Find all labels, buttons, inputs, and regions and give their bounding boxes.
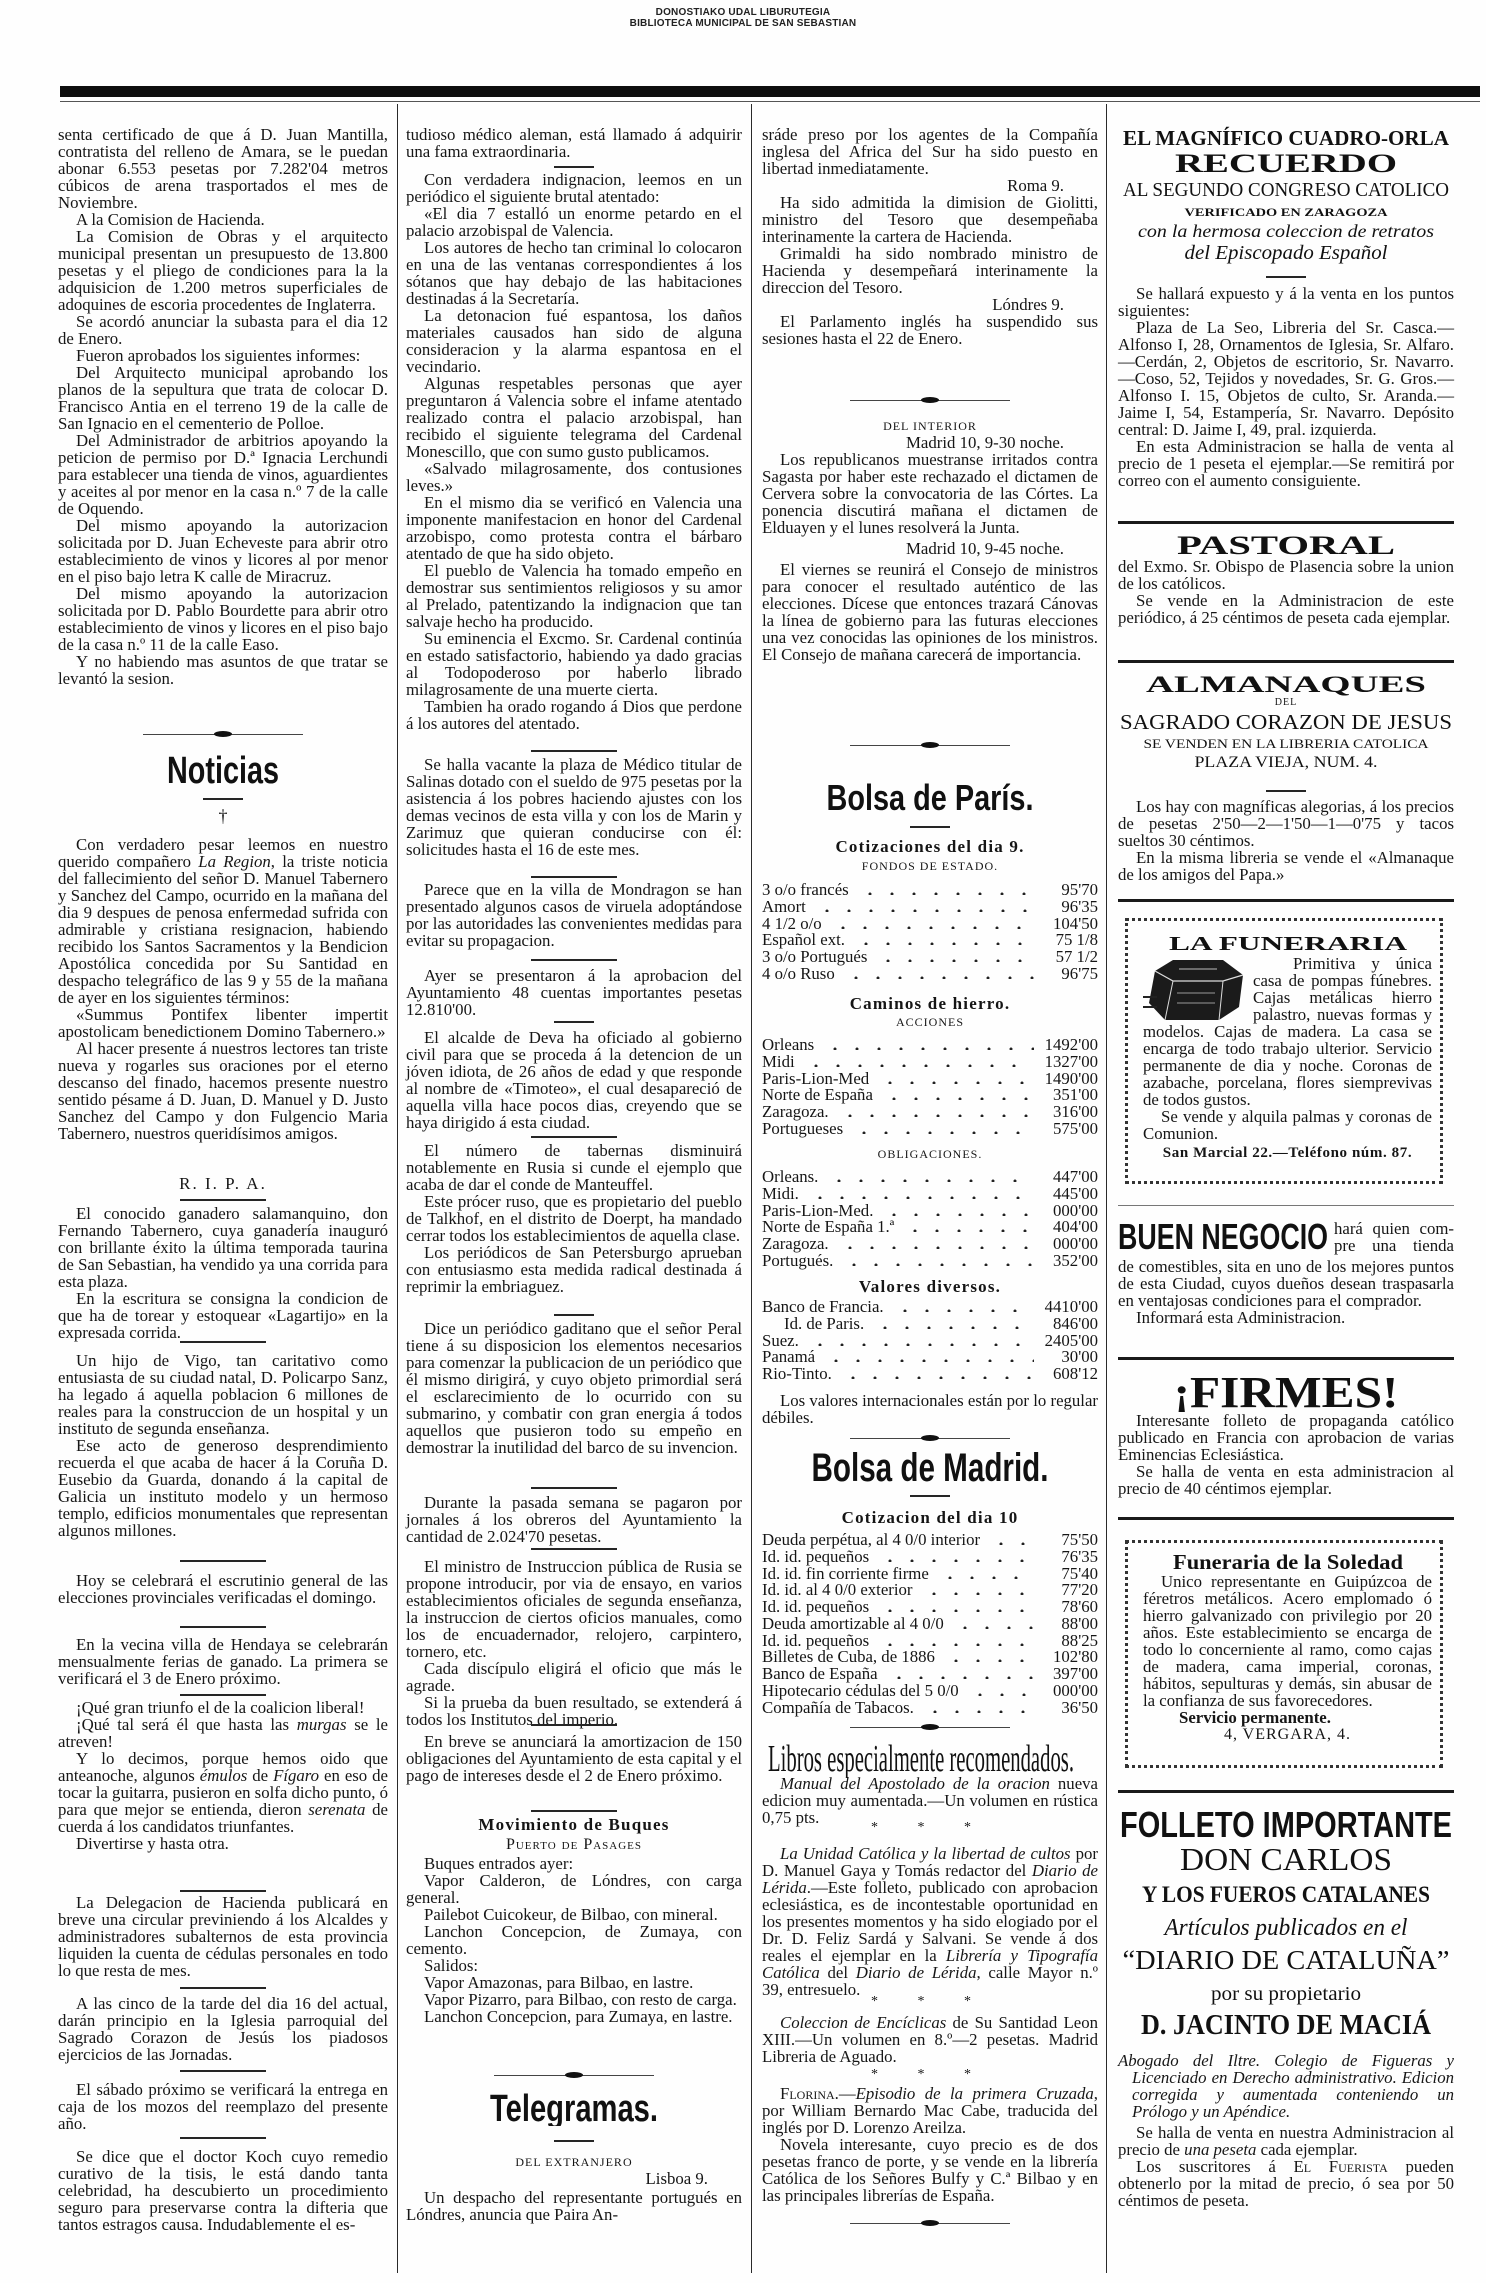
fondos-label: FONDOS DE ESTADO. (762, 858, 1098, 874)
ad-headline-svg: EL MAGNÍFICO CUADRO-ORLA (1118, 124, 1454, 150)
security-name: Hipotecario cédulas del 5 0/0 (762, 1682, 959, 1699)
ad-headline: BUEN NEGOCIO (1118, 1218, 1328, 1252)
dateline: Lóndres 9. (762, 296, 1098, 313)
security-name: Norte de España (762, 1086, 873, 1103)
ad-paragraph: Los suscritores á El Fuerista pueden obt… (1118, 2158, 1454, 2209)
news-paragraph: Con verdadera indignacion, leemos en un … (406, 171, 742, 205)
news-paragraph: La detonacion fué espantosa, los daños m… (406, 307, 742, 375)
security-price: 351'00 (1040, 1086, 1098, 1103)
dot-leader (875, 1636, 1034, 1646)
quote-row: Portugueses575'00 (762, 1120, 1098, 1137)
peral-article: Dice un periódico gaditano que el señor … (406, 1320, 742, 1456)
paris-market-note: Los valores internacionales están por lo… (762, 1392, 1098, 1426)
masthead-rule (60, 101, 1480, 102)
cuadro-orla-ad: EL MAGNÍFICO CUADRO-ORLA RECUERDO AL SEG… (1118, 124, 1454, 264)
news-paragraph: Se halla vacante la plaza de Médico titu… (406, 756, 742, 858)
security-price: 96'35 (1040, 898, 1098, 915)
short-rule (58, 2137, 388, 2139)
security-name: Suez. (762, 1332, 799, 1349)
dateline-text: Lisboa 9. (406, 2170, 742, 2187)
short-rule (762, 1495, 1098, 1497)
book-entry: Florina.—Episodio de la primera Cruzada,… (762, 2085, 1098, 2136)
bolsa-madrid-heading: Bolsa de Madrid. (762, 1448, 1098, 1491)
short-rule (58, 1341, 388, 1343)
dot-leader (849, 1124, 1034, 1134)
ad-line: SAGRADO CORAZON DE JESUS (1120, 710, 1452, 734)
ad-line: PLAZA VIEJA, NUM. 4. (1195, 754, 1378, 770)
council-session-article: senta certificado de que á D. Juan Manti… (58, 126, 388, 687)
column-divider (751, 104, 752, 2273)
ornament-divider (762, 2223, 1098, 2224)
ad-side-text: hará quien com- (1334, 1220, 1454, 1237)
newspaper-name: Diario de Lérida (856, 1963, 977, 1982)
security-name: Compañía de Tabacos. (762, 1699, 914, 1716)
funeraria-address: San Marcial 22.—Teléfono núm. 87. (1143, 1142, 1432, 1164)
security-name: Paris-Lion-Med. (762, 1202, 873, 1219)
security-name: Id. id. pequeños (762, 1632, 869, 1649)
asterism-divider: * * * (762, 2070, 1098, 2080)
quotes-subheading: Cotizacion del dia 10 (762, 1508, 1098, 1527)
quote-row: Zaragoza.316'00 (762, 1103, 1098, 1120)
dot-leader (873, 952, 1034, 962)
libros-heading-svg: Libros especialmente recomendados. (762, 1738, 1098, 1778)
news-paragraph: Del Arquitecto municipal aprobando los p… (58, 364, 388, 432)
valores-subheading: Valores diversos. (762, 1277, 1098, 1296)
news-paragraph: Su eminencia el Excmo. Sr. Cardenal cont… (406, 630, 742, 698)
ship-entry: Vapor Pizarro, para Bilbao, con resto de… (406, 1991, 742, 2008)
security-name: Rio-Tinto. (762, 1365, 832, 1382)
security-price: 447'00 (1040, 1168, 1098, 1185)
quote-row: Id. id. pequeños78'60 (762, 1598, 1098, 1615)
short-rule (406, 959, 742, 961)
ad-paragraph: Servicio permanente. (1143, 1709, 1432, 1726)
ad-headline-svg: PASTORAL (1118, 532, 1454, 558)
ornament-divider (406, 2075, 742, 2076)
quote-row: Paris-Lion-Med.000'00 (762, 1202, 1098, 1219)
ad-paragraph: Los hay con magníficas alegorias, á los … (1118, 798, 1454, 849)
dot-leader (965, 1686, 1034, 1696)
ad-paragraph: En la misma libreria se vende el «Almana… (1118, 849, 1454, 883)
security-name: Norte de España 1.ª (762, 1218, 894, 1235)
telegramas-heading: Telegramas. (406, 2090, 742, 2131)
security-name: Zaragoza. (762, 1103, 829, 1120)
security-price: 1492'00 (1040, 1036, 1098, 1053)
bolsa-madrid-title: Bolsa de Madrid. (812, 1448, 1049, 1486)
security-price: 000'00 (1040, 1682, 1098, 1699)
short-rule (58, 1987, 388, 1989)
security-name: Id. de Paris. (762, 1315, 864, 1332)
tabernas-article: El número de tabernas disminuirá notable… (406, 1142, 742, 1295)
cuentas-article: Ayer se presentaron á la aprobacion del … (406, 967, 742, 1018)
ad-line-svg: D. JACINTO DE MACIÁ (1118, 2006, 1454, 2040)
news-paragraph: Tambien ha orado rogando á Dios que perd… (406, 698, 742, 732)
koch-article: Se dice que el doctor Koch cuyo remedio … (58, 2148, 388, 2233)
news-paragraph: En el mismo dia se verificó en Valencia … (406, 494, 742, 562)
short-rule (406, 1021, 742, 1023)
news-paragraph: Los valores internacionales están por lo… (762, 1392, 1098, 1426)
security-name: Id. id. fin corriente firme (762, 1565, 929, 1582)
news-paragraph: Con verdadero pesar leemos en nuestro qu… (58, 836, 388, 1006)
ad-headline: ALMANAQUES (1146, 672, 1426, 696)
security-price: 78'60 (1040, 1598, 1098, 1615)
news-paragraph: Los periódicos de San Petersburgo aprueb… (406, 1244, 742, 1295)
ad-headline-svg: ALMANAQUES (1118, 672, 1454, 696)
quote-row: 4 o/o Ruso96'75 (762, 965, 1098, 982)
security-price: 75 1/8 (1040, 931, 1098, 948)
dot-leader (820, 1040, 1034, 1050)
ad-paragraph: Unico representante en Guipúzcoa de fére… (1143, 1573, 1432, 1709)
ship-entry: Vapor Amazonas, para Bilbao, en lastre. (406, 1974, 742, 1991)
security-price: 95'70 (1040, 881, 1098, 898)
security-price: 1327'00 (1040, 1053, 1098, 1070)
coalicion-article: ¡Qué gran triunfo el de la coalicion lib… (58, 1699, 388, 1852)
library-header-spanish: BIBLIOTECA MUNICIPAL DE SAN SEBASTIAN (0, 18, 1486, 29)
departed-label: Salidos: (406, 1957, 742, 1974)
quote-row: Portugués.352'00 (762, 1252, 1098, 1269)
security-name: Panamá (762, 1348, 815, 1365)
quote-row: 3 o/o francés95'70 (762, 881, 1098, 898)
short-rule (762, 826, 1098, 828)
recommended-book-enciclicas: Coleccion de Encíclicas de Su Santidad L… (762, 2014, 1098, 2065)
news-paragraph: Se acordó anunciar la subasta para el di… (58, 313, 388, 347)
cuadro-orla-ad-body: Se hallará expuesto y á la venta en los … (1118, 285, 1454, 489)
security-price: 36'50 (1040, 1699, 1098, 1716)
ad-line-svg: SAGRADO CORAZON DE JESUS (1118, 710, 1454, 734)
security-price: 316'00 (1040, 1103, 1098, 1120)
news-paragraph: «El dia 7 estalló un enorme petardo en e… (406, 205, 742, 239)
ornament-divider (762, 1727, 1098, 1728)
security-price: 96'75 (1040, 965, 1098, 982)
newspaper-page: DONOSTIAKO UDAL LIBURUTEGIA BIBLIOTECA M… (0, 0, 1486, 2283)
ad-paragraph: En esta Administracion se halla de venta… (1118, 438, 1454, 489)
dateline: Madrid 10, 9-45 noche. (762, 540, 1098, 557)
ad-line: por su propietario (1211, 1983, 1361, 2005)
ad-paragraph: Informará esta Administracion. (1118, 1309, 1454, 1326)
news-paragraph: La Comision de Obras y el arquitecto mun… (58, 228, 388, 313)
news-paragraph: El viernes se reunirá el Consejo de mini… (762, 561, 1098, 663)
ad-line: AL SEGUNDO CONGRESO CATOLICO (1123, 179, 1449, 201)
noticias-title: Noticias (167, 752, 279, 788)
ripa-line: R. I. P. A. (58, 1175, 388, 1192)
security-name: Billetes de Cuba, de 1886 (762, 1648, 935, 1665)
security-price: 4410'00 (1040, 1298, 1098, 1315)
port-name: Puerto de Pasages (406, 1836, 742, 1853)
almanaques-ad-body: Los hay con magníficas alegorias, á los … (1118, 798, 1454, 883)
ad-headline-svg: Funeraria de la Soledad (1143, 1543, 1433, 1573)
telegram-article: Un despacho del representante portugués … (406, 2189, 742, 2223)
caminos-subheading: Caminos de hierro. (762, 994, 1098, 1013)
security-price: 1490'00 (1040, 1070, 1098, 1087)
news-paragraph: El alcalde de Deva ha oficiado al gobier… (406, 1029, 742, 1131)
instruccion-article: El ministro de Instruccion pública de Ru… (406, 1558, 742, 1728)
security-name: 4 o/o Ruso (762, 965, 835, 982)
ad-separator (1118, 521, 1454, 524)
ad-line: VERIFICADO EN ZARAGOZA (1185, 205, 1388, 219)
news-paragraph: El conocido ganadero salamanquino, don F… (58, 1205, 388, 1290)
masthead-black-bar (60, 86, 1480, 97)
bolsa-paris-title: Bolsa de París. (827, 780, 1034, 814)
news-paragraph: Fueron aprobados los siguientes informes… (58, 347, 388, 364)
security-price: 77'20 (1040, 1581, 1098, 1598)
security-price: 575'00 (1040, 1120, 1098, 1137)
dot-leader (879, 1090, 1034, 1100)
quote-row: Deuda perpétua, al 4 0/0 interior75'50 (762, 1531, 1098, 1548)
security-name: Portugueses (762, 1120, 843, 1137)
security-name: Midi. (762, 1185, 799, 1202)
valores-table: Banco de Francia.4410'00 Id. de Paris.84… (762, 1298, 1098, 1382)
ad-headline-svg: LA FUNERARIA (1143, 921, 1433, 955)
ad-headline: RECUERDO (1175, 150, 1397, 176)
ad-line-svg: SE VENDEN EN LA LIBRERIA CATOLICA (1118, 734, 1454, 752)
news-paragraph: Divertirse y hasta otra. (58, 1835, 388, 1852)
ad-line-svg: “DIARIO DE CATALUÑA” (1118, 1942, 1454, 1976)
news-paragraph: El número de tabernas disminuirá notable… (406, 1142, 742, 1193)
security-name: Paris-Lion-Med (762, 1070, 869, 1087)
dot-leader (821, 1352, 1034, 1362)
ad-headline-svg: BUEN NEGOCIO (1118, 1218, 1330, 1252)
news-paragraph: «Salvado milagrosamente, dos contusiones… (406, 460, 742, 494)
almanaques-ad: ALMANAQUES DEL SAGRADO CORAZON DE JESUS … (1118, 672, 1454, 770)
dateline: Roma 9. (762, 177, 1098, 194)
acciones-label: ACCIONES (762, 1014, 1098, 1030)
dateline: Madrid 10, 9-30 noche. (762, 434, 1098, 451)
ad-headline-svg: RECUERDO (1118, 150, 1454, 176)
quote-row: Paris-Lion-Med1490'00 (762, 1070, 1098, 1087)
ad-paragraph: Plaza de La Seo, Libreria del Sr. Casca.… (1118, 319, 1454, 438)
news-paragraph: El ministro de Instruccion pública de Ru… (406, 1558, 742, 1660)
short-rule (58, 798, 388, 800)
mondragon-article: Parece que en la villa de Mondragon se h… (406, 881, 742, 949)
folleto-importante-ad: FOLLETO IMPORTANTE DON CARLOS Y LOS FUER… (1118, 1806, 1454, 2040)
security-price: 608'12 (1040, 1365, 1098, 1382)
news-paragraph: Ha sido admitida la dimision de Giolitti… (762, 194, 1098, 245)
asterism-divider: * * * (762, 1997, 1098, 2007)
quote-row: Orleans1492'00 (762, 1036, 1098, 1053)
news-paragraph: Del Administrador de arbitrios apoyando … (58, 432, 388, 517)
dot-leader (805, 1336, 1034, 1346)
ad-line: Artículos publicados en el (1163, 1915, 1408, 1941)
ad-paragraph: de comestibles, sita en uno de los mejor… (1118, 1258, 1454, 1309)
ornament-divider (762, 1438, 1098, 1439)
dot-leader (828, 919, 1034, 929)
obituary-article: Con verdadero pesar leemos en nuestro qu… (58, 836, 388, 1142)
jornadas-article: A las cinco de la tarde del dia 16 del a… (58, 1995, 388, 2063)
italic-word: murgas (297, 1715, 347, 1734)
short-rule (58, 2070, 388, 2072)
security-price: 104'50 (1040, 915, 1098, 932)
entered-label: Buques entrados ayer: (406, 1855, 742, 1872)
short-rule (1118, 790, 1454, 792)
short-rule (406, 1314, 742, 1316)
koch-article-continued: tudioso médico aleman, está llamado á ad… (406, 126, 742, 160)
security-name: Id. id. al 4 0/0 exterior (762, 1581, 913, 1598)
salinas-article: Se halla vacante la plaza de Médico titu… (406, 756, 742, 858)
ad-separator (1118, 660, 1454, 663)
quote-row: Midi1327'00 (762, 1053, 1098, 1070)
news-paragraph: En la escritura se consigna la condicion… (58, 1290, 388, 1341)
ganadero-article: El conocido ganadero salamanquino, don F… (58, 1205, 388, 1341)
short-rule (406, 750, 742, 752)
column-divider (397, 104, 398, 2273)
news-paragraph: Al hacer presente á nuestros lectores ta… (58, 1040, 388, 1142)
ad-line: DEL (1118, 696, 1454, 710)
text-segment: , la triste noticia del fallecimiento de… (58, 852, 388, 1007)
news-paragraph: Parece que en la villa de Mondragon se h… (406, 881, 742, 949)
hendaya-article: En la vecina villa de Hendaya se celebra… (58, 1636, 388, 1687)
ship-entry: Vapor Calderon, de Lóndres, con carga ge… (406, 1872, 742, 1906)
news-paragraph: Algunas respetables personas que ayer pr… (406, 375, 742, 460)
ad-line: Y LOS FUEROS CATALANES (1142, 1882, 1430, 1907)
ad-headline: FOLLETO IMPORTANTE (1120, 1806, 1452, 1842)
security-name: Zaragoza. (762, 1235, 829, 1252)
security-price: 404'00 (1040, 1218, 1098, 1235)
security-price: 352'00 (1040, 1252, 1098, 1269)
pastoral-ad: PASTORAL del Exmo. Sr. Obispo de Plasenc… (1118, 532, 1454, 626)
ad-paragraph: Se halla de venta en nuestra Administrac… (1118, 2124, 1454, 2158)
ad-headline: PASTORAL (1177, 532, 1395, 558)
news-paragraph: Del mismo apoyando la autorizacion solic… (58, 517, 388, 585)
ad-line-svg: Artículos publicados en el (1118, 1910, 1454, 1942)
amortizacion-article: En breve se anunciará la amortizacion de… (406, 1733, 742, 1784)
ship-entry: Lanchon Concepcion, para Zumaya, en last… (406, 2008, 742, 2025)
security-price: 88'25 (1040, 1632, 1098, 1649)
news-paragraph: El pueblo de Valencia ha tomado empeño e… (406, 562, 742, 630)
ship-movements: Buques entrados ayer: Vapor Calderon, de… (406, 1855, 742, 2025)
ad-line-svg: VERIFICADO EN ZARAGOZA (1118, 202, 1454, 220)
ornament-divider (762, 400, 1098, 401)
ad-line: “DIARIO DE CATALUÑA” (1123, 1945, 1450, 1975)
ad-line-svg: DON CARLOS (1118, 1842, 1454, 1876)
security-name: Amort (762, 898, 806, 915)
security-name: 3 o/o Portugués (762, 948, 867, 965)
dot-leader (824, 1172, 1034, 1182)
ad-paragraph: Se vende en la Administracion de este pe… (1118, 592, 1454, 626)
quotes-subheading: Cotizaciones del dia 9. (762, 837, 1098, 856)
security-price: 76'35 (1040, 1548, 1098, 1565)
news-paragraph: Los republicanos muestranse irritados co… (762, 451, 1098, 536)
buen-negocio-ad-body: de comestibles, sita en uno de los mejor… (1118, 1258, 1454, 1326)
ad-line-svg: del Episcopado Español (1118, 242, 1454, 264)
short-rule (58, 1890, 388, 1892)
dot-leader (986, 1535, 1034, 1545)
news-paragraph: senta certificado de que á D. Juan Manti… (58, 126, 388, 211)
ship-entry: Pailebot Cuicokeur, de Bilbao, con miner… (406, 1906, 742, 1923)
ad-paragraph: Se halla de venta en esta administracion… (1118, 1463, 1454, 1497)
news-paragraph: ¡Qué gran triunfo el de la coalicion lib… (58, 1699, 388, 1716)
ad-headline: EL MAGNÍFICO CUADRO-ORLA (1123, 126, 1450, 150)
quote-row: Deuda amortizable al 4 0/088'00 (762, 1615, 1098, 1632)
ad-line-svg: AL SEGUNDO CONGRESO CATOLICO (1118, 176, 1454, 202)
news-paragraph: La Delegacion de Hacienda publicará en b… (58, 1894, 388, 1979)
ad-line: del Episcopado Español (1185, 242, 1388, 264)
ad-paragraph: Interesante folleto de propaganda católi… (1118, 1412, 1454, 1463)
latin-quote: «Summus Pontifex libenter impertit apost… (58, 1006, 388, 1040)
news-paragraph: Los autores de hecho tan criminal lo col… (406, 239, 742, 307)
news-paragraph: Durante la pasada semana se pagaron por … (406, 1494, 742, 1545)
security-price: 57 1/2 (1040, 948, 1098, 965)
security-price: 2405'00 (1040, 1332, 1098, 1349)
quote-row: Billetes de Cuba, de 1886102'80 (762, 1648, 1098, 1665)
security-price: 397'00 (1040, 1665, 1098, 1682)
jornales-article: Durante la pasada semana se pagaron por … (406, 1494, 742, 1545)
quote-row: Panamá30'00 (762, 1348, 1098, 1365)
recommended-book-florina: Florina.—Episodio de la primera Cruzada,… (762, 2085, 1098, 2204)
foreign-telegrams: sráde preso por los agentes de la Compañ… (762, 126, 1098, 347)
security-price: 88'00 (1040, 1615, 1098, 1632)
security-name: Banco de Francia. (762, 1298, 884, 1315)
security-price: 445'00 (1040, 1185, 1098, 1202)
quote-row: Norte de España351'00 (762, 1086, 1098, 1103)
security-name: Deuda perpétua, al 4 0/0 interior (762, 1531, 980, 1548)
vigo-article: Un hijo de Vigo, tan caritativo como ent… (58, 1352, 388, 1539)
dot-leader (812, 902, 1034, 912)
news-paragraph: Un hijo de Vigo, tan caritativo como ent… (58, 1352, 388, 1437)
short-rule (58, 1626, 388, 1628)
recommended-book-unidad: La Unidad Católica y la libertad de cult… (762, 1845, 1098, 1998)
madrid-quotes-table: Deuda perpétua, al 4 0/0 interior75'50 I… (762, 1531, 1098, 1715)
mourning-cross-icon: † (58, 806, 388, 826)
security-name: Id. id. pequeños (762, 1548, 869, 1565)
security-name: 3 o/o francés (762, 881, 849, 898)
ad-separator (1118, 1790, 1454, 1793)
noticias-heading: Noticias (58, 752, 388, 793)
dot-leader (890, 1302, 1034, 1312)
news-paragraph: ¡Qué tal será él que hasta las murgas se… (58, 1716, 388, 1750)
library-header-basque: DONOSTIAKO UDAL LIBURUTEGIA (0, 7, 1486, 18)
ad-paragraph: Abogado del Iltre. Colegio de Figueras y… (1118, 2052, 1454, 2120)
dot-leader (801, 1057, 1034, 1067)
dot-leader (838, 1369, 1034, 1379)
quote-row: Id. id. fin corriente firme75'40 (762, 1565, 1098, 1582)
ad-line-svg: con la hermosa coleccion de retratos (1118, 220, 1454, 242)
news-paragraph: A las cinco de la tarde del dia 16 del a… (58, 1995, 388, 2063)
dot-leader (805, 1189, 1034, 1199)
news-paragraph: En breve se anunciará la amortizacion de… (406, 1733, 742, 1784)
security-price: 846'00 (1040, 1315, 1098, 1332)
short-rule (406, 2140, 742, 2142)
dot-leader (875, 1602, 1034, 1612)
news-paragraph: Este prócer ruso, que es propietario del… (406, 1193, 742, 1244)
dot-leader (879, 1206, 1034, 1216)
dot-leader (935, 1569, 1034, 1579)
escrutinio-article: Hoy se celebrará el escrutinio general d… (58, 1572, 388, 1606)
short-rule (1118, 276, 1454, 278)
folleto-importante-ad-body: Abogado del Iltre. Colegio de Figueras y… (1118, 2052, 1454, 2209)
security-name: Deuda amortizable al 4 0/0 (762, 1615, 944, 1632)
quote-row: Id. id. pequeños88'25 (762, 1632, 1098, 1649)
dot-leader (835, 1107, 1034, 1117)
dot-leader (851, 935, 1034, 945)
hacienda-article: La Delegacion de Hacienda publicará en b… (58, 1894, 388, 1979)
quote-row: 3 o/o Portugués57 1/2 (762, 948, 1098, 965)
ad-line-svg: PLAZA VIEJA, NUM. 4. (1118, 752, 1454, 770)
news-paragraph: tudioso médico aleman, está llamado á ad… (406, 126, 742, 160)
news-paragraph: El sábado próximo se verificará la entre… (58, 2081, 388, 2132)
security-name: Español ext. (762, 931, 845, 948)
short-rule (406, 1487, 742, 1489)
ad-separator (1118, 1357, 1454, 1360)
security-price: 102'80 (1040, 1648, 1098, 1665)
quote-row: Id. id. pequeños76'35 (762, 1548, 1098, 1565)
news-paragraph: Cada discípulo eligirá el oficio que más… (406, 1660, 742, 1694)
libros-title: Libros especialmente recomendados. (768, 1738, 1074, 1778)
quote-row: Compañía de Tabacos.36'50 (762, 1699, 1098, 1716)
dot-leader (884, 1669, 1034, 1679)
ad-line: con la hermosa coleccion de retratos (1138, 221, 1434, 241)
news-paragraph: Y lo decimos, porque hemos oido que ante… (58, 1750, 388, 1835)
dot-leader (835, 1239, 1034, 1249)
soledad-address: 4, VERGARA, 4. (1143, 1726, 1432, 1743)
